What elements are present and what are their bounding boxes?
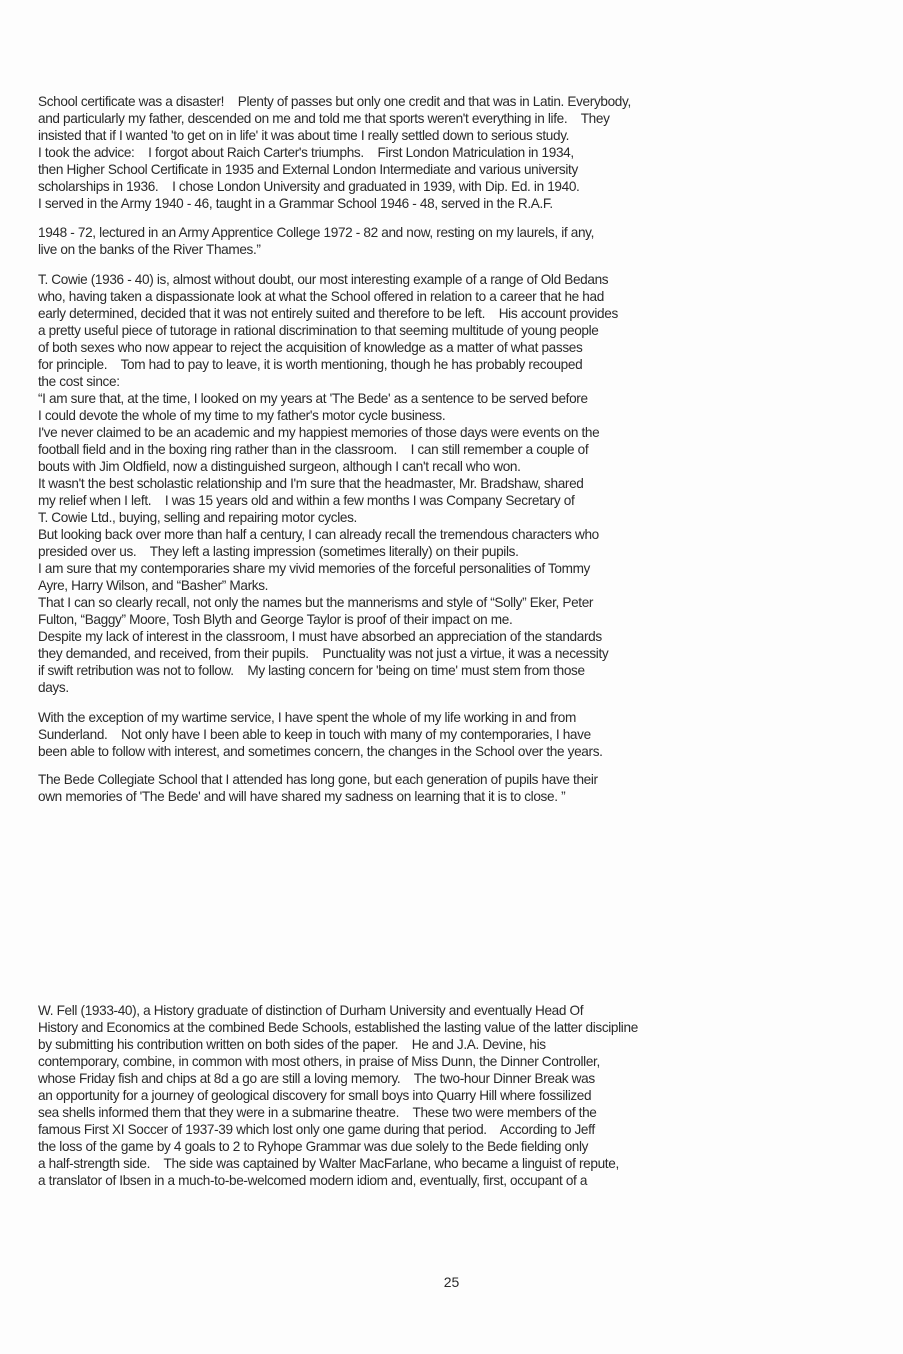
text-line: I am sure that my contemporaries share m… [38,560,866,577]
text-line: It wasn't the best scholastic relationsh… [38,475,866,492]
text-line: School certificate was a disaster! Plent… [38,93,866,110]
text-line: T. Cowie Ltd., buying, selling and repai… [38,509,866,526]
document-page: School certificate was a disaster! Plent… [0,0,903,1354]
text-line: W. Fell (1933-40), a History graduate of… [38,1002,866,1019]
text-line: insisted that if I wanted 'to get on in … [38,127,866,144]
text-line: presided over us. They left a lasting im… [38,543,866,560]
text-line: whose Friday fish and chips at 8d a go a… [38,1070,866,1087]
text-line: a half-strength side. The side was capta… [38,1155,866,1172]
text-line: 1948 - 72, lectured in an Army Apprentic… [38,224,866,241]
text-line: With the exception of my wartime service… [38,709,866,726]
text-line: I took the advice: I forgot about Raich … [38,144,866,161]
text-line: sea shells informed them that they were … [38,1104,866,1121]
text-line: bouts with Jim Oldfield, now a distingui… [38,458,866,475]
text-line: my relief when I left. I was 15 years ol… [38,492,866,509]
text-line: the cost since: [38,373,866,390]
text-line: Despite my lack of interest in the class… [38,628,866,645]
text-line: early determined, decided that it was no… [38,305,866,322]
text-line: That I can so clearly recall, not only t… [38,594,866,611]
text-line: of both sexes who now appear to reject t… [38,339,866,356]
text-line: But looking back over more than half a c… [38,526,866,543]
text-line: Sunderland. Not only have I been able to… [38,726,866,743]
text-line: been able to follow with interest, and s… [38,743,866,760]
text-line: Ayre, Harry Wilson, and “Basher” Marks. [38,577,866,594]
text-line: by submitting his contribution written o… [38,1036,866,1053]
text-line: live on the banks of the River Thames.” [38,241,866,258]
text-line: I could devote the whole of my time to m… [38,407,866,424]
text-line: “I am sure that, at the time, I looked o… [38,390,866,407]
text-line: days. [38,679,866,696]
text-line: a translator of Ibsen in a much-to-be-we… [38,1172,866,1189]
text-line: contemporary, combine, in common with mo… [38,1053,866,1070]
text-line: an opportunity for a journey of geologic… [38,1087,866,1104]
text-line: a pretty useful piece of tutorage in rat… [38,322,866,339]
text-line: Fulton, “Baggy” Moore, Tosh Blyth and Ge… [38,611,866,628]
text-line: I've never claimed to be an academic and… [38,424,866,441]
page-number: 25 [0,1274,903,1290]
text-line: for principle. Tom had to pay to leave, … [38,356,866,373]
text-line: I served in the Army 1940 - 46, taught i… [38,195,866,212]
text-line: they demanded, and received, from their … [38,645,866,662]
text-line: who, having taken a dispassionate look a… [38,288,866,305]
text-line: the loss of the game by 4 goals to 2 to … [38,1138,866,1155]
text-line: own memories of 'The Bede' and will have… [38,788,866,805]
text-line: The Bede Collegiate School that I attend… [38,771,866,788]
text-line: and particularly my father, descended on… [38,110,866,127]
text-line: football field and in the boxing ring ra… [38,441,866,458]
text-line: if swift retribution was not to follow. … [38,662,866,679]
text-line: scholarships in 1936. I chose London Uni… [38,178,866,195]
text-line: T. Cowie (1936 - 40) is, almost without … [38,271,866,288]
text-line: then Higher School Certificate in 1935 a… [38,161,866,178]
text-line: famous First XI Soccer of 1937-39 which … [38,1121,866,1138]
text-line: History and Economics at the combined Be… [38,1019,866,1036]
